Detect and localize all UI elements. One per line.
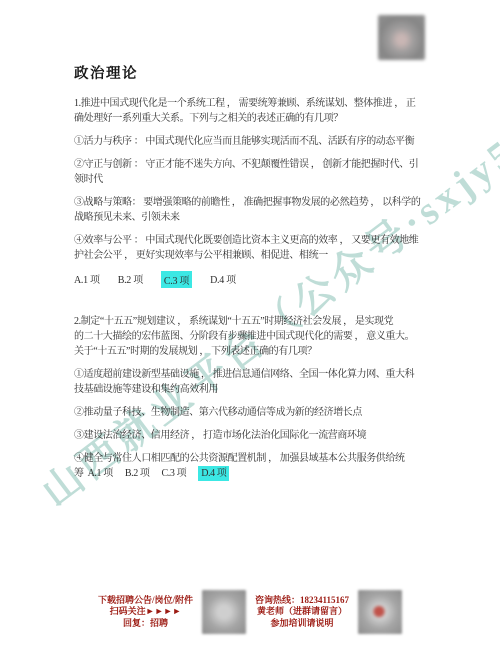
- option-b: B.2 项: [125, 466, 150, 481]
- item-text-line: ①活力与秩序 ： 中国式现代化应当而且能够实现活而不乱、活跃有序的动态平衡: [74, 134, 432, 149]
- question-2-item-1: ①适度超前建设新型基础设施 ， 推进信息通信网络、全国一体化算力网、重大科 技基…: [74, 367, 432, 397]
- question-2: 2.制定“十五五”规划建议 ， 系统谋划“十五五”时期经济社会发展 ， 是实现党…: [74, 314, 432, 481]
- question-1-item-1: ①活力与秩序 ： 中国式现代化应当而且能够实现活而不乱、活跃有序的动态平衡: [74, 134, 432, 149]
- question-2-options: 筹 A.1 项 B.2 项 C.3 项 D.4 项: [74, 466, 432, 481]
- qr-red-center: [372, 605, 386, 618]
- qr-code-left-icon: [202, 590, 246, 634]
- item-text-line: ③建设法治经济、信用经济 ， 打造市场化法治化国际化一流营商环境: [74, 428, 432, 443]
- footer-left-line: 回复：招聘: [98, 618, 193, 630]
- question-1-item-2: ②守正与创新 ： 守正才能不迷失方向、不犯颠覆性错误 ， 创新才能把握时代、引 …: [74, 157, 432, 187]
- qr-code-right-icon: [358, 590, 402, 634]
- item-text-line: ②推动量子科技、生物制造、第六代移动通信等成为新的经济增长点: [74, 405, 432, 420]
- question-2-item-2: ②推动量子科技、生物制造、第六代移动通信等成为新的经济增长点: [74, 405, 432, 420]
- question-2-stem-line: 2.制定“十五五”规划建议 ， 系统谋划“十五五”时期经济社会发展 ， 是实现党: [74, 314, 432, 329]
- option-d-highlighted: D.4 项: [198, 466, 229, 481]
- question-1-stem-line: 确处理好一系列重大关系。下列与之相关的表述正确的有几项？: [74, 111, 432, 126]
- section-title: 政治理论: [74, 62, 432, 83]
- option-a: A.1 项: [88, 466, 113, 481]
- item-text-line: ②守正与创新 ： 守正才能不迷失方向、不犯颠覆性错误 ， 创新才能把握时代、引: [74, 157, 432, 172]
- item-text-line: ④健全与常住人口相匹配的公共资源配置机制 ， 加强县域基本公共服务供给统: [74, 451, 432, 466]
- option-d: D.4 项: [210, 271, 236, 288]
- footer-right-text: 咨询热线：18234115167 黄老师（进群请留言） 参加培训请说明: [255, 595, 349, 630]
- item-text-line: ④效率与公平 ： 中国式现代化既要创造比资本主义更高的效率 ， 又要更有效地维: [74, 233, 432, 248]
- item-text-line: ③战略与策略： 要增强策略的前瞻性 ， 准确把握事物发展的必然趋势 ， 以科学的: [74, 195, 432, 210]
- question-1: 1.推进中国式现代化是一个系统工程 ， 需要统筹兼顾、系统谋划、整体推进 ， 正…: [74, 96, 432, 288]
- footer-right-line: 黄老师（进群请留言）: [255, 606, 349, 618]
- question-2-stem-line: 的二十大描绘的宏伟蓝图、分阶段有步骤推进中国式现代化的需要 ， 意义重大。: [74, 329, 432, 344]
- option-b: B.2 项: [118, 271, 143, 288]
- question-1-stem-line: 1.推进中国式现代化是一个系统工程 ， 需要统筹兼顾、系统谋划、整体推进 ， 正: [74, 96, 432, 111]
- question-2-item-3: ③建设法治经济、信用经济 ， 打造市场化法治化国际化一流营商环境: [74, 428, 432, 443]
- wrapped-character: 筹: [74, 466, 84, 481]
- footer-right-line: 咨询热线：18234115167: [255, 595, 349, 607]
- blurred-stamp-image: [378, 15, 425, 60]
- question-2-item-4: ④健全与常住人口相匹配的公共资源配置机制 ， 加强县域基本公共服务供给统: [74, 451, 432, 466]
- footer-left-line: 下载招聘公告/岗位/附件: [98, 595, 193, 607]
- option-c-highlighted: C.3 项: [161, 271, 192, 288]
- question-1-item-4: ④效率与公平 ： 中国式现代化既要创造比资本主义更高的效率 ， 又要更有效地维 …: [74, 233, 432, 263]
- item-text-line: 领时代: [74, 172, 432, 187]
- question-1-item-3: ③战略与策略： 要增强策略的前瞻性 ， 准确把握事物发展的必然趋势 ， 以科学的…: [74, 195, 432, 225]
- footer-right-line: 参加培训请说明: [255, 618, 349, 630]
- question-1-options: A.1 项 B.2 项 C.3 项 D.4 项: [74, 271, 432, 288]
- item-text-line: 战略预见未来、引领未来: [74, 210, 432, 225]
- item-text-line: 护社会公平 ， 更好实现效率与公平相兼顾、相促进、相统一: [74, 248, 432, 263]
- question-2-stem-line: 关于“十五五”时期的发展规划 ， 下列表述正确的有几项？: [74, 344, 432, 359]
- option-c: C.3 项: [162, 466, 187, 481]
- document-body: 政治理论 1.推进中国式现代化是一个系统工程 ， 需要统筹兼顾、系统谋划、整体推…: [74, 62, 432, 481]
- footer-left-text: 下载招聘公告/岗位/附件 扫码关注►►►► 回复：招聘: [98, 595, 193, 630]
- footer-left-line: 扫码关注►►►►: [98, 606, 193, 618]
- item-text-line: ①适度超前建设新型基础设施 ， 推进信息通信网络、全国一体化算力网、重大科: [74, 367, 432, 382]
- item-text-line: 技基础设施等建设和集约高效利用: [74, 382, 432, 397]
- option-a: A.1 项: [74, 271, 100, 288]
- footer: 下载招聘公告/岗位/附件 扫码关注►►►► 回复：招聘 咨询热线：1823411…: [0, 590, 500, 634]
